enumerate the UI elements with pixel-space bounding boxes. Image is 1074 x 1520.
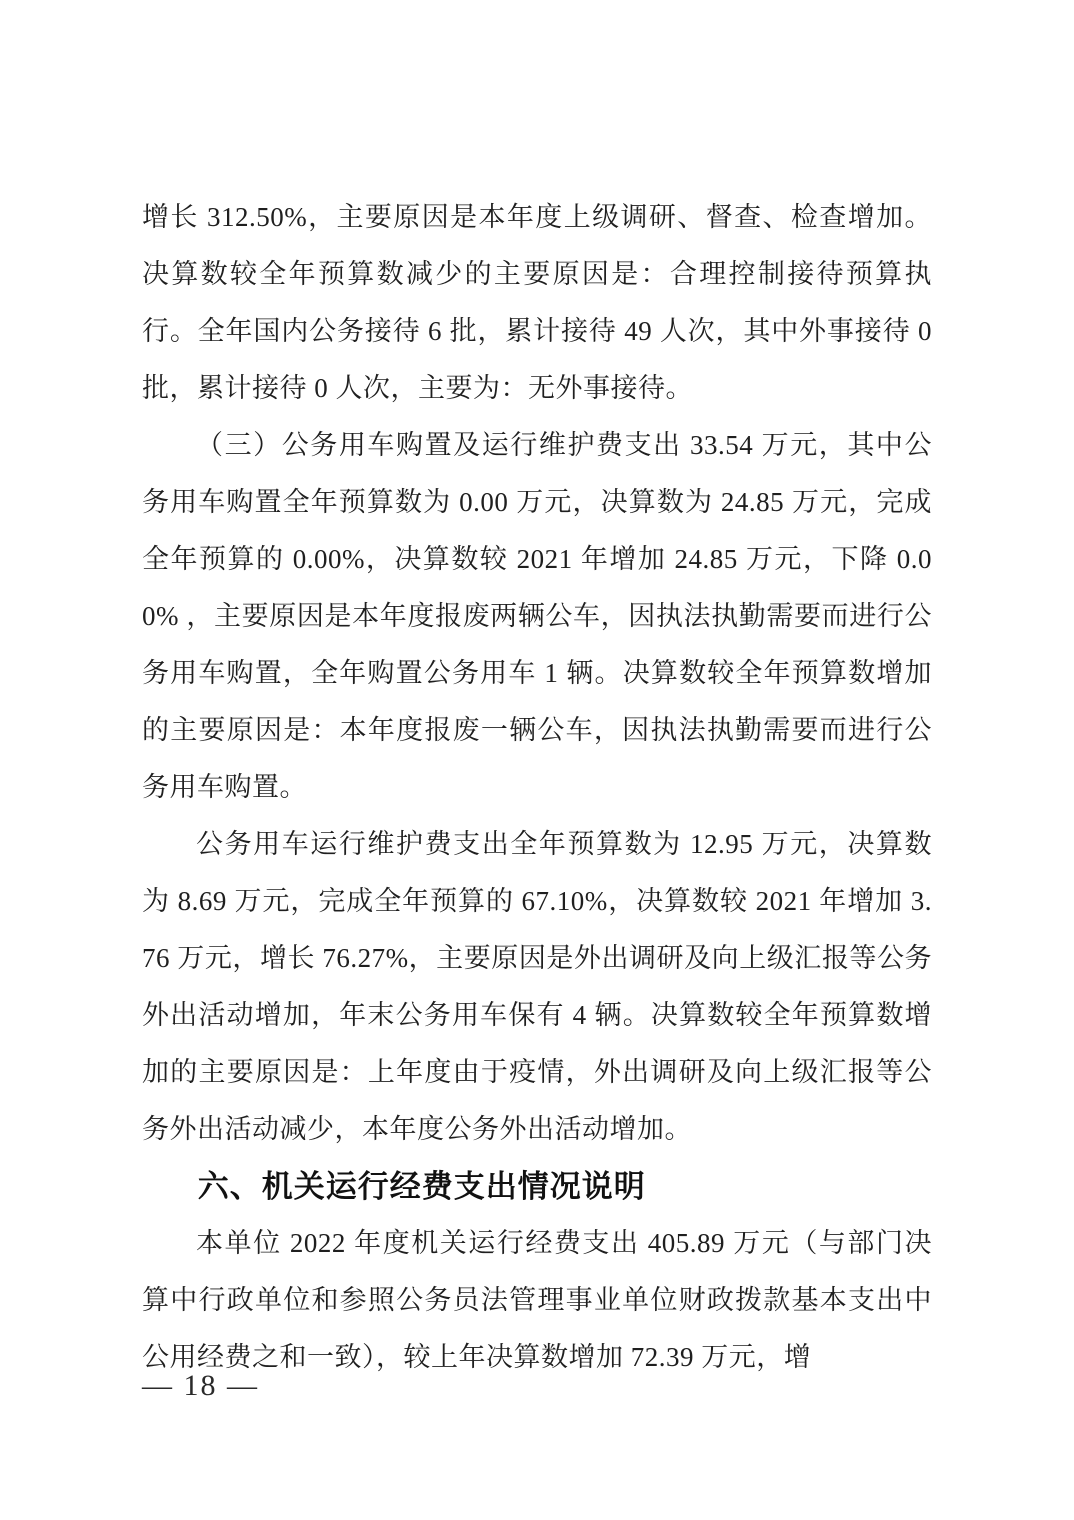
paragraph-vehicle-purchase: （三）公务用车购置及运行维护费支出 33.54 万元，其中公务用车购置全年预算数… [142, 417, 932, 816]
paragraph-vehicle-maintenance: 公务用车运行维护费支出全年预算数为 12.95 万元，决算数为 8.69 万元，… [142, 816, 932, 1158]
document-page: 增长 312.50%，主要原因是本年度上级调研、督查、检查增加。决算数较全年预算… [0, 0, 1074, 1520]
page-text-block: 增长 312.50%，主要原因是本年度上级调研、督查、检查增加。决算数较全年预算… [142, 189, 932, 1386]
section-six-heading: 六、机关运行经费支出情况说明 [142, 1158, 932, 1215]
page-number: — 18 — [142, 1366, 259, 1406]
paragraph-hospitality-carryover: 增长 312.50%，主要原因是本年度上级调研、督查、检查增加。决算数较全年预算… [142, 189, 932, 417]
paragraph-operating-expense: 本单位 2022 年度机关运行经费支出 405.89 万元（与部门决算中行政单位… [142, 1215, 932, 1386]
